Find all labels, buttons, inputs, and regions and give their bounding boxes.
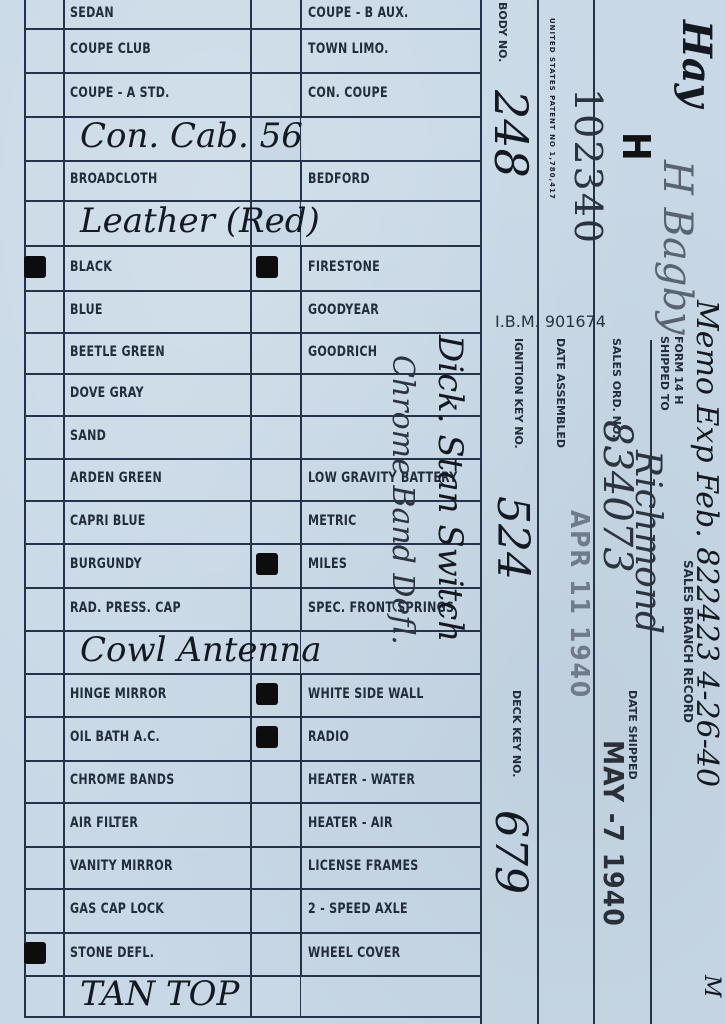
body-no-value: 248 <box>484 90 538 178</box>
margin-note-2: Chrome Band Defl. <box>385 355 420 645</box>
option-label: METRIC <box>308 513 357 529</box>
option-label: CAPRI BLUE <box>70 513 146 529</box>
grid-horizontal-line <box>24 290 482 292</box>
ignition-key-label: IGNITION KEY NO. <box>512 338 524 458</box>
grid-vertical-line <box>63 0 65 1018</box>
deck-key-value: 679 <box>485 810 536 894</box>
pencil-signature: H Bagby <box>654 160 700 335</box>
ibm-number: I.B.M. 901674 <box>495 312 606 331</box>
check-mark-right[interactable] <box>256 553 278 575</box>
option-label: RADIO <box>308 729 349 745</box>
option-label: FIRESTONE <box>308 259 380 275</box>
handwritten-entry: Cowl Antenna <box>80 630 322 670</box>
grid-horizontal-line <box>24 160 482 162</box>
check-mark-left[interactable] <box>24 256 46 278</box>
grid-horizontal-line <box>24 932 482 934</box>
grid-horizontal-line <box>24 846 482 848</box>
body-no-label: BODY NO. <box>496 2 508 62</box>
grid-horizontal-line <box>24 332 482 334</box>
date-shipped-value: MAY -7 1940 <box>597 740 630 927</box>
grid-horizontal-line <box>24 716 482 718</box>
option-label: RAD. PRESS. CAP <box>70 600 181 616</box>
date-assembled-value: APR 11 1940 <box>564 510 594 699</box>
margin-mark: M <box>699 975 724 998</box>
option-label: ARDEN GREEN <box>70 470 162 486</box>
option-label: CON. COUPE <box>308 85 388 101</box>
patent-text: UNITED STATES PATENT NO 1,780,417 <box>548 18 556 200</box>
grid-horizontal-line <box>24 245 482 247</box>
option-label: GOODRICH <box>308 344 377 360</box>
option-label: WHITE SIDE WALL <box>308 686 424 702</box>
deck-key-label: DECK KEY NO. <box>510 690 522 770</box>
option-label: BROADCLOTH <box>70 171 158 187</box>
date-assembled-label: DATE ASSEMBLED <box>554 338 566 458</box>
grid-horizontal-line <box>24 802 482 804</box>
option-label: GOODYEAR <box>308 302 379 318</box>
shipped-to-value: Richmond <box>627 450 668 634</box>
option-label: LICENSE FRAMES <box>308 858 419 874</box>
option-label: BLUE <box>70 302 103 318</box>
option-label: HINGE MIRROR <box>70 686 167 702</box>
grid-horizontal-line <box>24 1016 482 1018</box>
handwritten-entry: TAN TOP <box>80 974 239 1014</box>
option-label: 2 - SPEED AXLE <box>308 901 408 917</box>
option-label: DOVE GRAY <box>70 385 144 401</box>
option-label: WHEEL COVER <box>308 945 400 961</box>
option-label: HEATER - WATER <box>308 772 415 788</box>
grid-horizontal-line <box>24 72 482 74</box>
option-label: HEATER - AIR <box>308 815 393 831</box>
check-mark-right[interactable] <box>256 726 278 748</box>
serial-number: 102340 <box>566 88 610 245</box>
handwritten-entry: Leather (Red) <box>80 201 320 241</box>
option-label: COUPE - A STD. <box>70 85 170 101</box>
grid-horizontal-line <box>24 760 482 762</box>
grid-horizontal-line <box>24 28 482 30</box>
option-label: BEETLE GREEN <box>70 344 165 360</box>
divider-line <box>480 0 482 1024</box>
option-label: BLACK <box>70 259 112 275</box>
check-mark-right[interactable] <box>256 256 278 278</box>
option-label: GAS CAP LOCK <box>70 901 164 917</box>
form-label: FORM 14 H <box>672 336 684 404</box>
memo-note: Memo Exp Feb. 822423 4-26-40 <box>689 300 724 787</box>
divider-line <box>650 340 652 1024</box>
grid-vertical-line <box>24 0 26 1018</box>
option-label: TOWN LIMO. <box>308 41 389 57</box>
handwritten-entry: Con. Cab. 56 <box>80 116 303 156</box>
option-label: OIL BATH A.C. <box>70 729 160 745</box>
option-label: COUPE - B AUX. <box>308 5 409 21</box>
grid-horizontal-line <box>24 888 482 890</box>
option-label: COUPE CLUB <box>70 41 151 57</box>
option-label: CHROME BANDS <box>70 772 174 788</box>
check-mark-left[interactable] <box>24 942 46 964</box>
option-label: AIR FILTER <box>70 815 138 831</box>
option-label: VANITY MIRROR <box>70 858 173 874</box>
grid-horizontal-line <box>24 673 482 675</box>
serial-prefix: H <box>614 132 658 161</box>
ignition-key-value: 524 <box>487 496 538 580</box>
option-label: BEDFORD <box>308 171 370 187</box>
option-label: BURGUNDY <box>70 556 142 572</box>
option-label: SAND <box>70 428 106 444</box>
corner-signature: Hay <box>673 20 720 107</box>
check-mark-right[interactable] <box>256 683 278 705</box>
option-label: SEDAN <box>70 5 114 21</box>
option-label: MILES <box>308 556 347 572</box>
margin-note-1: Dick. Stan Switch <box>430 335 470 642</box>
shipped-to-label: SHIPPED TO <box>658 336 670 411</box>
option-label: STONE DEFL. <box>70 945 154 961</box>
